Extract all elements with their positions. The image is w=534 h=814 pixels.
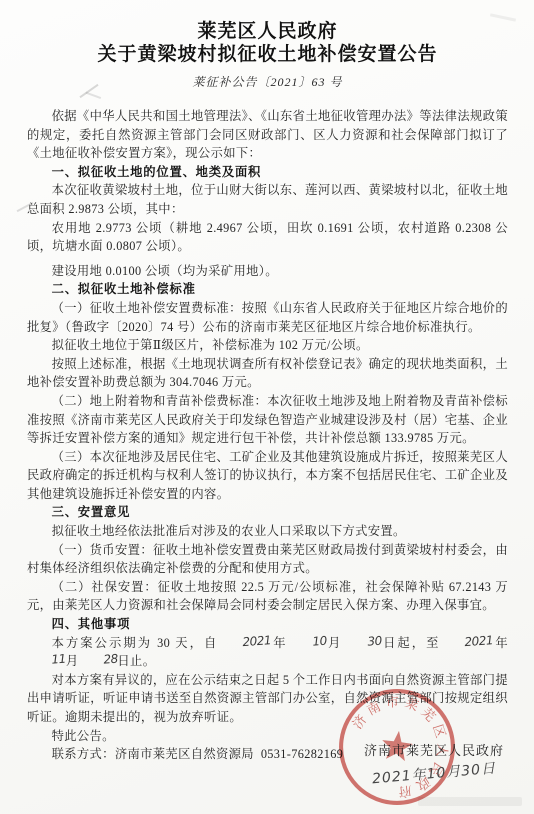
paragraph-standard-1: （一）征收土地补偿安置费标准：按照《山东省人民政府关于征地区片综合地价的批复》（…: [27, 299, 508, 336]
signature-block: 济南市莱芜区人民政府 2021年10月30日: [364, 740, 504, 783]
handwritten-month-end: 11: [26, 650, 66, 671]
notice-period-text: 年: [272, 636, 288, 650]
paragraph-agricultural-land: 农用地 2.9773 公顷（耕地 2.4967 公顷，田坎 0.1691 公顷，…: [27, 219, 508, 256]
paragraph-monetary-resettlement: （一）货币安置：征收土地补偿安置费由莱芜区财政局拨付到黄梁坡村村委会，由村集体经…: [27, 541, 508, 578]
contact-label: 联系方式：济南市莱芜区自然资源局: [52, 747, 254, 761]
document-content: 莱芜区人民政府 关于黄梁坡村拟征收土地补偿安置公告 莱征补公告〔2021〕63 …: [0, 0, 534, 764]
notice-period-text: 年: [494, 636, 508, 650]
announcement-document: 莱芜区人民政府 关于黄梁坡村拟征收土地补偿安置公告 莱征补公告〔2021〕63 …: [0, 0, 534, 814]
notice-period-text: 月: [66, 654, 79, 668]
section-heading-3: 三、安置意见: [27, 503, 508, 522]
paragraph-intro: 依据《中华人民共和国土地管理法》、《山东省土地征收管理办法》等法律法规政策的规定…: [27, 107, 508, 163]
notice-period-text: 本方案公示期为 30 天，自: [52, 636, 219, 650]
handwritten-year-end: 2021: [440, 631, 494, 653]
section-heading-2: 二、拟征收土地补偿标准: [27, 280, 508, 299]
handwritten-year-start: 2021: [218, 631, 272, 653]
section-heading-1: 一、拟征收土地的位置、地类及面积: [27, 163, 508, 182]
notice-period-text: 月: [326, 636, 342, 650]
paragraph-demolition: （三）本次征地涉及居民住宅、工矿企业及其他建筑设施成片拆迁，按照莱芜区人民政府确…: [27, 448, 508, 504]
paragraph-attachments: （二）地上附着物和青苗补偿费标准：本次征收土地涉及地上附着物及青苗补偿标准按照《…: [27, 392, 508, 448]
notice-period-text: 日起，至: [381, 636, 440, 650]
notice-period-text: 日止。: [117, 654, 155, 668]
paragraph-standard-2: 拟征收土地位于第Ⅱ级区片，补偿标准为 102 万元/公顷。: [27, 336, 508, 355]
contact-phone: 0531-76282169: [261, 747, 343, 761]
paragraph-standard-3: 按照上述标准，根据《土地现状调查所有权补偿登记表》确定的现状地类面积，土地补偿安…: [27, 355, 508, 392]
paragraph-location: 本次征收黄梁坡村土地，位于山财大街以东、莲河以西、黄梁坡村以北，征收土地总面积 …: [27, 181, 508, 218]
document-number: 莱征补公告〔2021〕63 号: [27, 73, 508, 90]
paragraph-construction-land: 建设用地 0.0100 公顷（均为采矿用地）。: [27, 262, 508, 281]
document-body: 依据《中华人民共和国土地管理法》、《山东省土地征收管理办法》等法律法规政策的规定…: [27, 107, 508, 764]
title-line-2: 关于黄梁坡村拟征收土地补偿安置公告: [27, 43, 508, 66]
handwritten-day-end: 28: [78, 650, 118, 671]
handwritten-day-start: 30: [342, 631, 382, 652]
signature-organization: 济南市莱芜区人民政府: [364, 740, 504, 759]
paragraph-notice-period: 本方案公示期为 30 天，自2021年10月30日起，至2021年11月28日止…: [27, 634, 508, 671]
paragraph-social-security: （二）社保安置：征收土地按照 22.5 万元/公顷标准，社会保障补贴 67.21…: [27, 578, 508, 615]
handwritten-month-start: 10: [287, 631, 327, 652]
paragraph-resettle-intro: 拟征收土地经依法批准后对涉及的农业人口采取以下方式安置。: [27, 522, 508, 541]
title-line-1: 莱芜区人民政府: [27, 20, 508, 43]
